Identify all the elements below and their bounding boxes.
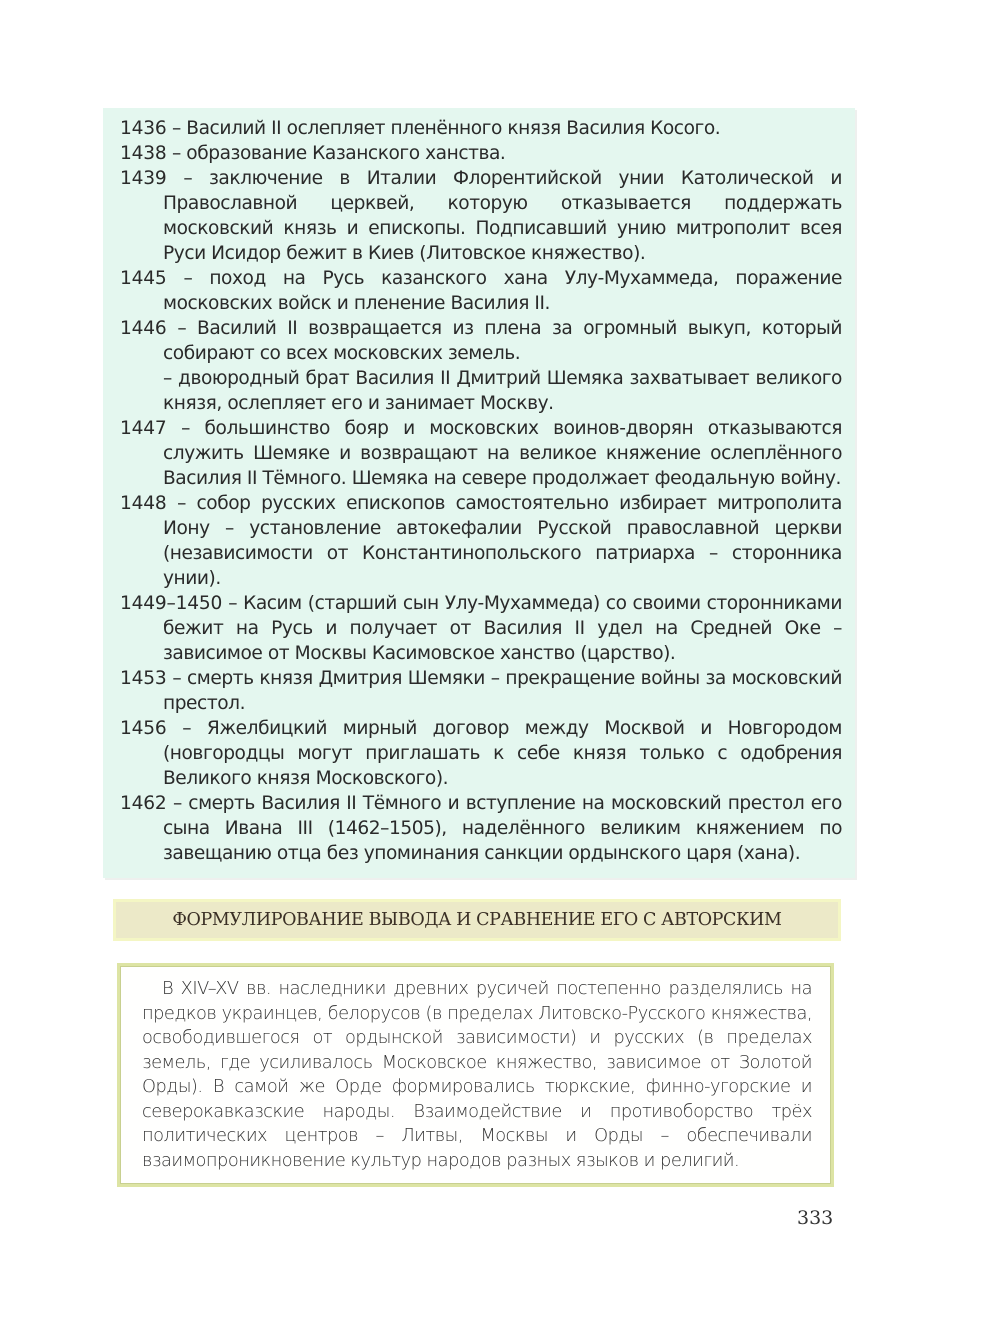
entry-year: 1447 xyxy=(120,418,167,439)
chronology-entry: 1448 – собор русских епископов самостоят… xyxy=(120,491,842,591)
entry-text: – двоюродный брат Василия II Дмитрий Шем… xyxy=(163,368,842,414)
entry-year: 1453 xyxy=(120,668,167,689)
entry-text: – смерть князя Дмитрия Шемяки – прекраще… xyxy=(163,668,842,714)
entry-year: 1446 xyxy=(120,318,167,339)
entry-text: – заключение в Италии Флорентийской унии… xyxy=(163,168,842,264)
entry-text: – большинство бояр и московских воинов-д… xyxy=(163,418,842,489)
entry-year: 1445 xyxy=(120,268,167,289)
chronology-entry-continuation: – двоюродный брат Василия II Дмитрий Шем… xyxy=(120,366,842,416)
chronology-entry: 1439 – заключение в Италии Флорентийской… xyxy=(120,166,842,266)
chronology-entry: 1462 – смерть Василия II Тёмного и вступ… xyxy=(120,791,842,866)
chronology-entry: 1456 – Яжелбицкий мирный договор между М… xyxy=(120,716,842,791)
entry-text: – Яжелбицкий мирный договор между Москво… xyxy=(163,718,842,789)
entry-year: 1448 xyxy=(120,493,167,514)
conclusion-box: В XIV–XV вв. наследники древних русичей … xyxy=(117,963,834,1187)
entry-text: – собор русских епископов самостоятельно… xyxy=(163,493,842,589)
entry-year: 1438 xyxy=(120,143,167,164)
entry-text: – поход на Русь казанского хана Улу-Муха… xyxy=(163,268,842,314)
entry-text: – Василий II возвращается из плена за ог… xyxy=(163,318,842,364)
chronology-entry: 1438 – образование Казанского ханства. xyxy=(120,141,842,166)
entry-text: – Касим (старший сын Улу-Мухаммеда) со с… xyxy=(163,593,842,664)
entry-year: 1439 xyxy=(120,168,167,189)
chronology-entry: 1447 – большинство бояр и московских вои… xyxy=(120,416,842,491)
entry-year: 1456 xyxy=(120,718,167,739)
page-number: 333 xyxy=(797,1207,833,1229)
entry-text: – Василий II ослепляет пленённого князя … xyxy=(172,118,720,139)
chronology-entry: 1445 – поход на Русь казанского хана Улу… xyxy=(120,266,842,316)
entry-text: – смерть Василия II Тёмного и вступление… xyxy=(163,793,842,864)
chronology-entry: 1453 – смерть князя Дмитрия Шемяки – пре… xyxy=(120,666,842,716)
chronology-list: 1436 – Василий II ослепляет пленённого к… xyxy=(120,116,842,866)
section-heading: ФОРМУЛИРОВАНИЕ ВЫВОДА И СРАВНЕНИЕ ЕГО С … xyxy=(116,902,838,938)
entry-text: – образование Казанского ханства. xyxy=(172,143,505,164)
conclusion-text: В XIV–XV вв. наследники древних русичей … xyxy=(142,977,812,1173)
chronology-entry: 1436 – Василий II ослепляет пленённого к… xyxy=(120,116,842,141)
section-heading-text: ФОРМУЛИРОВАНИЕ ВЫВОДА И СРАВНЕНИЕ ЕГО С … xyxy=(172,910,781,930)
chronology-box: 1436 – Василий II ослепляет пленённого к… xyxy=(103,108,855,878)
entry-year: 1449–1450 xyxy=(120,593,222,614)
entry-year: 1436 xyxy=(120,118,167,139)
chronology-entry: 1446 – Василий II возвращается из плена … xyxy=(120,316,842,366)
chronology-entry: 1449–1450 – Касим (старший сын Улу-Мухам… xyxy=(120,591,842,666)
entry-year: 1462 xyxy=(120,793,167,814)
